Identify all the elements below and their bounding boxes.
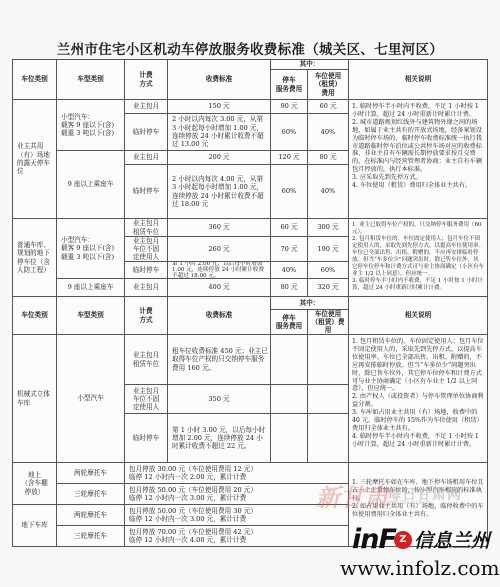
section2-notes: 1. 业主已取得车位产权的，只交纳停车服务费用（60 元）。 2. 包月租赁车位… [348,218,488,297]
section1-row3-billing: 业主包月 [124,150,168,165]
header-service-fee: 停车 服务费用 [270,69,308,100]
section1-row2-service: 60% [270,113,308,151]
section3-row2-standard: 350 元 [167,384,271,414]
section3-row1-service [270,334,308,385]
section1-space-type: 业主共用（有）场地的露天停车位 [12,99,57,219]
section2-row1-billing: 业主包月 租赁车位 [124,218,168,237]
infolz-logo: inF Z 信息兰州 [352,524,490,555]
section1-row3-service: 120 元 [270,150,308,165]
section2-row1-standard: 360 元 [167,218,271,237]
section2-large-vehicle: 9 座以上乘座车 [56,278,125,297]
header-billing: 计费 方式 [124,59,168,100]
header2-billing: 计费 方式 [124,296,168,335]
section3-notes: 1. 包月租赁车位的，车位固定使用人；包月车位不固定使用人的，采取先到先停方式，… [348,334,488,463]
section1-row4-service: 60% [270,164,308,219]
section3-space-type: 机械式立体车库 [12,334,57,463]
section4-row4-standard: 包月停放 70.00 元（车位使用费用 42 元） 临停 12 小时内一次 4.… [124,525,349,547]
section1-row1-billing: 业主包月 [124,99,168,114]
section3-row2-rent [307,384,349,414]
section2-row2-standard: 260 元 [167,236,271,262]
section2-row1-rent: 300 元 [307,218,349,237]
section2-row2-service: 70 元 [270,236,308,262]
section4-row1-vehicle: 两轮摩托车 [56,462,125,484]
logo-z-icon: Z [394,531,412,549]
section2-row2-billing: 业主包月 车位不固 定使用人 [124,236,168,262]
header2-space-type: 车位类别 [12,296,57,335]
header-standard: 收费标准 [167,59,271,100]
section3-row3-service [270,413,308,463]
section2-row4-rent: 320 元 [307,278,349,297]
section1-row3-rent: 80 元 [307,150,349,165]
header-space-type: 车位类别 [12,59,57,100]
section4-underground: 地下车库 [12,504,57,547]
section2-row2-rent: 190 元 [307,236,349,262]
header2-notes: 相关说明 [348,296,488,335]
section1-row2-rent: 40% [307,113,349,151]
section1-row1-rent: 60 元 [307,99,349,114]
section4-row2-vehicle: 三轮摩托车 [56,483,125,505]
header-rent-fee: 车位使用 （租赁） 费用 [307,69,349,100]
section1-small-vehicle: 小型汽车： 载客 9 座以下(含) 载重 3 吨以下(含) [56,99,125,151]
logo-url: www.infolz.com [340,556,500,580]
header2-vehicle-type: 车型类别 [56,296,125,335]
section4-row4-vehicle: 三轮摩托车 [56,525,125,547]
section1-row2-standard: 2 小时以内每次 3.00 元，从第 3 小时起每小时增加 1.00 元，连续停… [167,113,271,151]
section1-large-vehicle: 9 座以上乘座车 [56,150,125,219]
section1-row3-standard: 200 元 [167,150,271,165]
header-vehicle-type: 车型类别 [56,59,125,100]
header2-service-fee: 停车 服务费用 [270,309,308,335]
section2-row3-billing: 临时停车 [124,261,168,279]
logo-cn-text: 信息兰州 [414,526,490,553]
section1-row4-rent: 40% [307,164,349,219]
section2-row4-billing: 业主包月 [124,278,168,297]
section2-row1-service: 60 元 [270,218,308,237]
section3-row2-service [270,384,308,414]
logo-inf-text: inF [352,524,396,555]
header2-standard: 收费标准 [167,296,271,335]
header2-rent-fee: 车位使用 （租赁）费用 [307,309,349,335]
watermark-newgansu: 新甘肃 [316,478,388,513]
section1-row1-service: 90 元 [270,99,308,114]
header2-group: 其中： [270,296,349,310]
section3-row1-rent [307,334,349,385]
section3-row1-billing: 业主包月 租赁车位 [124,334,168,385]
section2-row4-standard: 400 元 [167,278,271,297]
section3-row3-billing: 临时停车 [124,413,168,463]
section2-small-vehicle: 小型汽车： 载客 9 座以下(含) 载重 3 吨以下(含) [56,218,125,279]
section1-row1-standard: 150 元 [167,99,271,114]
section3-row2-billing: 业主包月 车位不固 定使用人 [124,384,168,414]
section2-row3-service: 40% [270,261,308,279]
section2-space-type: 普通车库、规划的地下停车位（含人防工程） [12,218,57,297]
section3-row1-standard: 租车位收费标准 450 元；业主已取得车位产权的只交纳停车服务费用 160 元。 [167,334,271,385]
section2-row3-rent: 60% [307,261,349,279]
section1-row4-billing: 临时停车 [124,164,168,219]
section3-vehicle: 小型汽车 [56,334,125,463]
section3-row3-standard: 第 1 小时 3.00 元，以后每小时增加 2.00 元，连续停放 24 小时累… [167,413,271,463]
page-title: 兰州市住宅小区机动车停放服务收费标准（城关区、七里河区） [0,38,500,58]
section1-notes: 1. 临时停车半小时内不收费，不足 1 小时按 1 小时计算，超过 24 小时重… [348,99,488,219]
section4-row3-vehicle: 两轮摩托车 [56,504,125,526]
watermark-gansudaily-url: GANSUDAILY.COM.CN [387,500,429,505]
section3-row3-rent [307,413,349,463]
section1-row4-standard: 2 小时以内每次 4.00 元，从第 3 小时起每小时增加 1.00 元，连续停… [167,164,271,219]
header-notes: 相关说明 [348,59,488,100]
section4-above-ground: 地上 （含车棚 停放） [12,462,57,505]
section1-row2-billing: 临时停车 [124,113,168,151]
section2-row3-standard: 第 1 小时 2.00 元，以后每小时增加 1.00 元，连续停放 24 小时累… [167,261,271,279]
section2-row4-service: 80 元 [270,278,308,297]
